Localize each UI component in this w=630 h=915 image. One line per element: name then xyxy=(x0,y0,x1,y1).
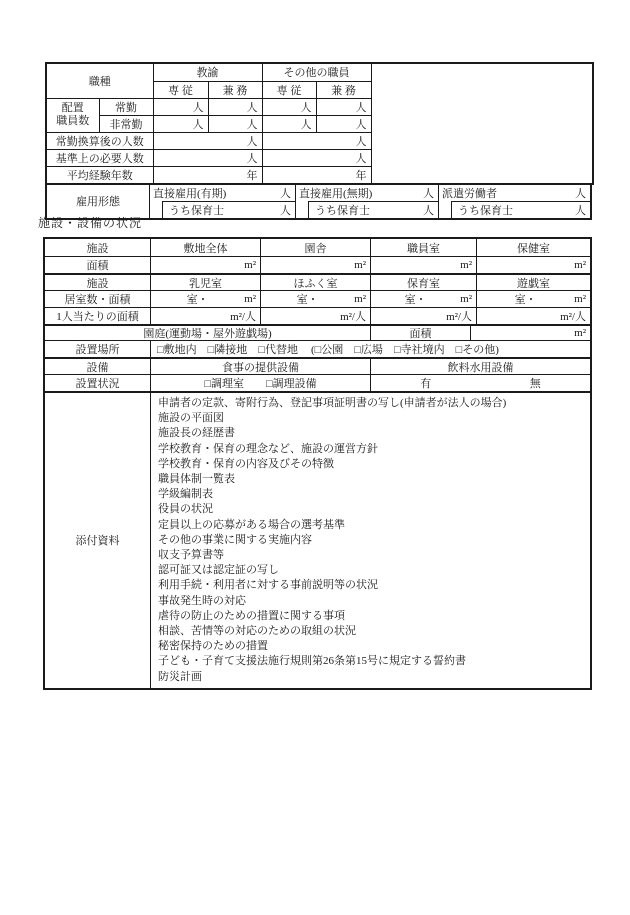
checkbox-park[interactable]: (□公園 xyxy=(311,341,343,357)
site-col-school-building: 園舎 xyxy=(260,239,370,256)
employment-group-indefinite: 直接雇用(無期) 人 うち保育士 人 xyxy=(295,185,438,218)
m2-unit: m² xyxy=(574,293,586,305)
direct-indefinite-row[interactable]: 直接雇用(無期) 人 xyxy=(296,185,438,201)
attachment-item: 相談、苦情等の対応のための取組の状況 xyxy=(158,624,586,639)
parttime-other-dedicated-field[interactable]: 人 xyxy=(262,115,316,132)
site-col-staff-room: 職員室 xyxy=(370,239,476,256)
water-option-yes[interactable]: 有 xyxy=(371,375,481,391)
room-col-nursery-room: 保育室 xyxy=(370,275,476,290)
whole-site-area-field[interactable]: m² xyxy=(150,257,260,273)
required-other-field[interactable]: 人 xyxy=(262,149,371,166)
attachment-item: 子ども・子育て支援法施行規則第26条第15号に規定する誓約書 xyxy=(158,654,586,669)
attachment-item: 学校教育・保育の理念など、施設の運営方針 xyxy=(158,442,586,457)
room-col-infant-room: 乳児室 xyxy=(150,275,260,290)
checkbox-on-site[interactable]: □敷地内 xyxy=(157,341,197,357)
installation-status-row: 設置状況 □調理室 □調理設備 有 無 xyxy=(45,374,590,391)
installation-status-label: 設置状況 xyxy=(45,375,150,391)
attachment-item: 防災計画 xyxy=(158,670,586,685)
location-label: 設置場所 xyxy=(45,341,150,357)
direct-fixed-term-unit: 人 xyxy=(280,185,291,201)
parttime-row-label: 非常勤 xyxy=(99,115,153,132)
attachment-item: 事故発生時の対応 xyxy=(158,594,586,609)
dispatched-worker-unit: 人 xyxy=(575,185,586,201)
avg-experience-row-label: 平均経験年数 xyxy=(46,166,153,184)
avg-experience-other-field[interactable]: 年 xyxy=(262,166,371,184)
attachment-item: 学級編制表 xyxy=(158,487,586,502)
food-equipment-header: 食事の提供設備 xyxy=(150,359,370,374)
direct-indefinite-unit: 人 xyxy=(423,185,434,201)
fulltime-teacher-dedicated-field[interactable]: 人 xyxy=(153,98,208,115)
food-equipment-options: □調理室 □調理設備 xyxy=(150,375,370,391)
water-equipment-options: 有 無 xyxy=(370,375,590,391)
indefinite-childcare-worker-unit: 人 xyxy=(423,202,434,218)
water-option-no[interactable]: 無 xyxy=(481,375,591,391)
direct-fixed-term-row[interactable]: 直接雇用(有期) 人 xyxy=(150,185,295,201)
facility-table: 施設 敷地全体 園舎 職員室 保健室 面積 m² m² m² m² 施設 乳児室… xyxy=(43,237,592,690)
staff-room-area-field[interactable]: m² xyxy=(370,257,476,273)
m2-unit: m² xyxy=(460,293,472,305)
crawling-room-per-person-field[interactable]: m²/人 xyxy=(260,308,370,324)
m2-unit: m² xyxy=(244,293,256,305)
attachments-row: 添付資料 申請者の定款、寄附行為、登記事項証明書の写し(申請者が法人の場合) 施… xyxy=(45,391,590,688)
indefinite-childcare-worker-label: うち保育士 xyxy=(315,202,370,218)
direct-fixed-term-label: 直接雇用(有期) xyxy=(153,185,226,201)
direct-indefinite-label: 直接雇用(無期) xyxy=(299,185,372,201)
equipment-label: 設備 xyxy=(45,359,150,374)
other-concurrent-header: 兼 務 xyxy=(316,81,371,98)
fixed-term-childcare-worker-label: うち保育士 xyxy=(169,202,224,218)
checkbox-kitchen-room[interactable]: □調理室 xyxy=(204,375,244,391)
dispatched-childcare-worker-row[interactable]: うち保育士 人 xyxy=(451,201,590,218)
m2-unit: m² xyxy=(354,293,366,305)
per-person-area-row: 1人当たりの面積 m²/人 m²/人 m²/人 m²/人 xyxy=(45,307,590,324)
indefinite-childcare-worker-row[interactable]: うち保育士 人 xyxy=(308,201,438,218)
teacher-concurrent-header: 兼 務 xyxy=(208,81,262,98)
dispatched-worker-row[interactable]: 派遣労働者 人 xyxy=(439,185,590,201)
attachments-list: 申請者の定款、寄附行為、登記事項証明書の写し(申請者が法人の場合) 施設の平面図… xyxy=(150,393,590,688)
attachment-item: 施設の平面図 xyxy=(158,411,586,426)
attachment-item: 定員以上の応募がある場合の選考基準 xyxy=(158,518,586,533)
attachment-item: 職員体制一覧表 xyxy=(158,472,586,487)
location-row: 設置場所 □敷地内 □隣接地 □代替地 (□公園 □広場 □寺社境内 □その他) xyxy=(45,340,590,357)
checkbox-adjacent-land[interactable]: □隣接地 xyxy=(208,341,248,357)
fulltime-other-dedicated-field[interactable]: 人 xyxy=(262,98,316,115)
fulltime-row-label: 常勤 xyxy=(99,98,153,115)
garden-row: 園庭(運動場・屋外遊戯場) 面積 m² xyxy=(45,324,590,340)
infant-room-per-person-field[interactable]: m²/人 xyxy=(150,308,260,324)
teacher-group-header: 教諭 xyxy=(153,63,262,81)
attachment-item: 秘密保持のための措置 xyxy=(158,639,586,654)
room-prefix: 室・ xyxy=(151,291,244,307)
health-room-area-field[interactable]: m² xyxy=(476,257,590,273)
room-count-label: 居室数・面積 xyxy=(45,291,150,307)
site-area-row: 面積 m² m² m² m² xyxy=(45,256,590,273)
room-header-label: 施設 xyxy=(45,275,150,290)
fte-other-field[interactable]: 人 xyxy=(262,132,371,149)
fulltime-other-concurrent-field[interactable]: 人 xyxy=(316,98,371,115)
room-prefix: 室・ xyxy=(371,291,460,307)
job-type-header: 職種 xyxy=(46,63,153,98)
equipment-header-row: 設備 食事の提供設備 飲料水用設備 xyxy=(45,357,590,374)
per-person-area-label: 1人当たりの面積 xyxy=(45,308,150,324)
room-col-play-room: 遊戯室 xyxy=(476,275,590,290)
fte-teacher-field[interactable]: 人 xyxy=(153,132,262,149)
required-teacher-field[interactable]: 人 xyxy=(153,149,262,166)
garden-area-label: 面積 xyxy=(370,326,470,340)
dispatched-childcare-worker-unit: 人 xyxy=(575,202,586,218)
attachment-item: 認可証又は認定証の写し xyxy=(158,563,586,578)
site-header-row: 施設 敷地全体 園舎 職員室 保健室 xyxy=(45,239,590,256)
fixed-term-childcare-worker-unit: 人 xyxy=(280,202,291,218)
play-room-per-person-field[interactable]: m²/人 xyxy=(476,308,590,324)
required-staff-row-label: 基準上の必要人数 xyxy=(46,149,153,166)
checkbox-alternative-land[interactable]: □代替地 xyxy=(258,341,298,357)
attachment-item: 虐待の防止のための措置に関する事項 xyxy=(158,609,586,624)
attachments-label: 添付資料 xyxy=(45,393,150,688)
parttime-other-concurrent-field[interactable]: 人 xyxy=(316,115,371,132)
staff-table-empty-area xyxy=(371,63,593,184)
employment-group-dispatched: 派遣労働者 人 うち保育士 人 xyxy=(438,185,590,218)
nursery-room-count-field[interactable]: 室・ m² xyxy=(370,291,476,307)
avg-experience-teacher-field[interactable]: 年 xyxy=(153,166,262,184)
parttime-teacher-dedicated-field[interactable]: 人 xyxy=(153,115,208,132)
dispatched-childcare-worker-label: うち保育士 xyxy=(458,202,513,218)
play-room-count-field[interactable]: 室・ m² xyxy=(476,291,590,307)
site-col-whole-site: 敷地全体 xyxy=(150,239,260,256)
crawling-room-count-field[interactable]: 室・ m² xyxy=(260,291,370,307)
staff-count-table: 職種 教諭 その他の職員 専 従 兼 務 専 従 兼 務 配置 職員数 常勤 人… xyxy=(45,62,594,185)
employment-group-fixed-term: 直接雇用(有期) 人 うち保育士 人 xyxy=(150,185,295,218)
location-options: □敷地内 □隣接地 □代替地 (□公園 □広場 □寺社境内 □その他) xyxy=(150,341,590,357)
room-count-area-row: 居室数・面積 室・ m² 室・ m² 室・ m² 室・ m² xyxy=(45,290,590,307)
dispatched-worker-label: 派遣労働者 xyxy=(442,185,497,201)
checkbox-plaza[interactable]: □広場 xyxy=(354,341,383,357)
staffing-table: 職種 教諭 その他の職員 専 従 兼 務 専 従 兼 務 配置 職員数 常勤 人… xyxy=(45,62,592,220)
infant-room-count-field[interactable]: 室・ m² xyxy=(150,291,260,307)
attachment-item: 利用手続・利用者に対する事前説明等の状況 xyxy=(158,578,586,593)
room-header-row: 施設 乳児室 ほふく室 保育室 遊戯室 xyxy=(45,273,590,290)
room-prefix: 室・ xyxy=(477,291,574,307)
attachment-item: 収支予算書等 xyxy=(158,548,586,563)
garden-area-field[interactable]: m² xyxy=(470,326,590,340)
parttime-teacher-concurrent-field[interactable]: 人 xyxy=(208,115,262,132)
nursery-room-per-person-field[interactable]: m²/人 xyxy=(370,308,476,324)
other-staff-group-header: その他の職員 xyxy=(262,63,371,81)
attachment-item: 施設長の経歴書 xyxy=(158,426,586,441)
fixed-term-childcare-worker-row[interactable]: うち保育士 人 xyxy=(162,201,295,218)
attachment-item: 申請者の定款、寄附行為、登記事項証明書の写し(申請者が法人の場合) xyxy=(158,396,586,411)
fte-row-label: 常勤換算後の人数 xyxy=(46,132,153,149)
placed-staff-label: 配置 職員数 xyxy=(46,98,99,132)
checkbox-temple-grounds[interactable]: □寺社境内 xyxy=(394,341,445,357)
employment-type-label: 雇用形態 xyxy=(47,185,150,218)
garden-label: 園庭(運動場・屋外遊戯場) xyxy=(45,326,370,340)
site-area-label: 面積 xyxy=(45,257,150,273)
site-col-health-room: 保健室 xyxy=(476,239,590,256)
attachment-item: 役員の状況 xyxy=(158,502,586,517)
attachment-item: 学校教育・保育の内容及びその特徴 xyxy=(158,457,586,472)
checkbox-other[interactable]: □その他) xyxy=(456,341,499,357)
fulltime-teacher-concurrent-field[interactable]: 人 xyxy=(208,98,262,115)
room-col-crawling-room: ほふく室 xyxy=(260,275,370,290)
form-page: 職種 教諭 その他の職員 専 従 兼 務 専 従 兼 務 配置 職員数 常勤 人… xyxy=(0,0,630,915)
teacher-dedicated-header: 専 従 xyxy=(153,81,208,98)
attachment-item: その他の事業に関する実施内容 xyxy=(158,533,586,548)
checkbox-cooking-equipment[interactable]: □調理設備 xyxy=(266,375,317,391)
room-prefix: 室・ xyxy=(261,291,354,307)
drinking-water-equipment-header: 飲料水用設備 xyxy=(370,359,590,374)
other-dedicated-header: 専 従 xyxy=(262,81,316,98)
facility-section-title: 施設・設備の状況 xyxy=(38,214,142,231)
site-header-label: 施設 xyxy=(45,239,150,256)
school-building-area-field[interactable]: m² xyxy=(260,257,370,273)
